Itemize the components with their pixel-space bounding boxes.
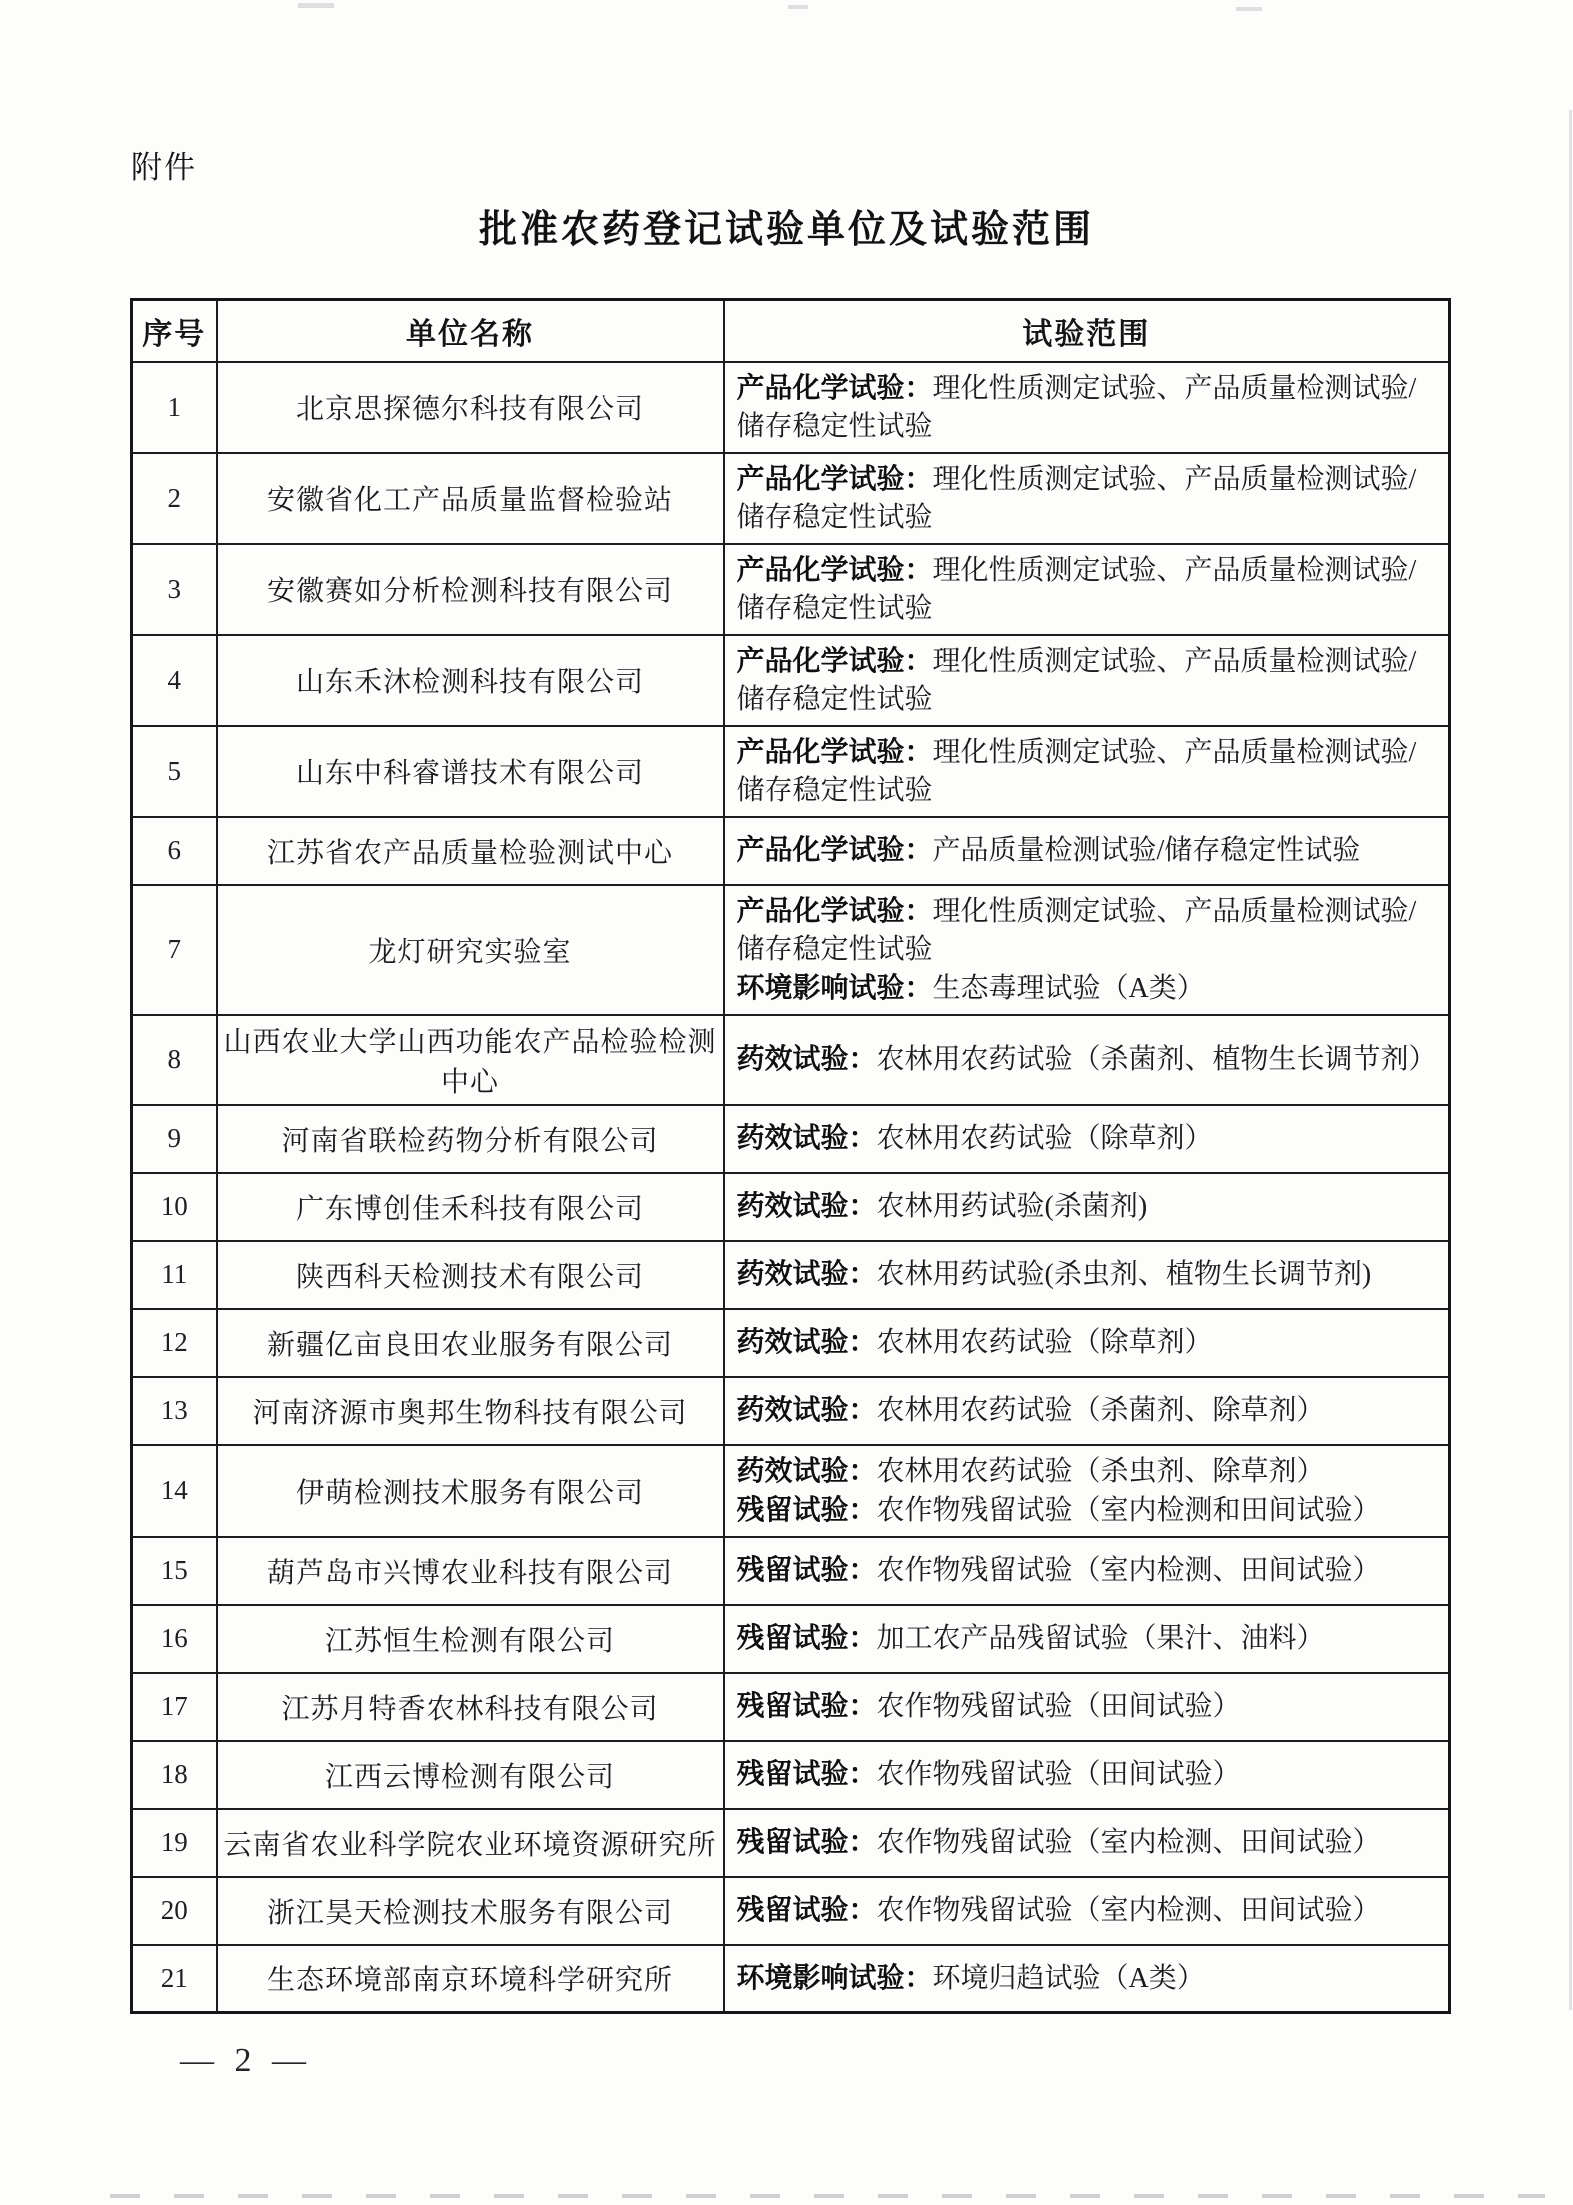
scope-type-label: 残留试验：	[737, 1758, 877, 1789]
scope-type-label: 产品化学试验：	[737, 736, 933, 767]
table-row: 10广东博创佳禾科技有限公司药效试验：农林用药试验(杀菌剂)	[132, 1173, 1450, 1241]
scope-segment: 残留试验：农作物残留试验（田间试验）	[737, 1755, 1439, 1794]
unit-name: 江苏月特香农林科技有限公司	[217, 1673, 724, 1741]
table-row: 13河南济源市奥邦生物科技有限公司药效试验：农林用农药试验（杀菌剂、除草剂）	[132, 1377, 1450, 1445]
unit-name: 江苏省农产品质量检验测试中心	[217, 817, 724, 885]
table-row: 4山东禾沐检测科技有限公司产品化学试验：理化性质测定试验、产品质量检测试验/储存…	[132, 635, 1450, 726]
scope-cell: 残留试验：农作物残留试验（室内检测、田间试验）	[724, 1537, 1450, 1605]
unit-name: 江苏恒生检测有限公司	[217, 1605, 724, 1673]
row-index: 14	[132, 1445, 217, 1537]
scope-type-label: 产品化学试验：	[737, 554, 933, 585]
table-row: 6江苏省农产品质量检验测试中心产品化学试验：产品质量检测试验/储存稳定性试验	[132, 817, 1450, 885]
scope-type-label: 产品化学试验：	[737, 895, 933, 926]
scope-segment: 药效试验：农林用农药试验（杀菌剂、除草剂）	[737, 1391, 1439, 1430]
scope-cell: 残留试验：农作物残留试验（室内检测、田间试验）	[724, 1877, 1450, 1945]
unit-name: 广东博创佳禾科技有限公司	[217, 1173, 724, 1241]
scope-type-label: 产品化学试验：	[737, 372, 933, 403]
table-row: 8山西农业大学山西功能农产品检验检测中心药效试验：农林用农药试验（杀菌剂、植物生…	[132, 1015, 1450, 1105]
row-index: 9	[132, 1105, 217, 1173]
scope-type-label: 环境影响试验：	[737, 972, 933, 1003]
table-row: 3安徽赛如分析检测科技有限公司产品化学试验：理化性质测定试验、产品质量检测试验/…	[132, 544, 1450, 635]
row-index: 2	[132, 453, 217, 544]
row-index: 20	[132, 1877, 217, 1945]
scope-segment: 残留试验：农作物残留试验（室内检测、田间试验）	[737, 1891, 1439, 1930]
table-row: 2安徽省化工产品质量监督检验站产品化学试验：理化性质测定试验、产品质量检测试验/…	[132, 453, 1450, 544]
scope-type-label: 药效试验：	[737, 1122, 877, 1153]
scope-cell: 残留试验：农作物残留试验（室内检测、田间试验）	[724, 1809, 1450, 1877]
row-index: 8	[132, 1015, 217, 1105]
table-header: 序号 单位名称 试验范围	[132, 300, 1450, 362]
row-index: 21	[132, 1945, 217, 2013]
row-index: 17	[132, 1673, 217, 1741]
scope-cell: 产品化学试验：理化性质测定试验、产品质量检测试验/储存稳定性试验	[724, 726, 1450, 817]
scope-type-label: 药效试验：	[737, 1190, 877, 1221]
row-index: 1	[132, 362, 217, 453]
scope-segment: 产品化学试验：产品质量检测试验/储存稳定性试验	[737, 831, 1439, 870]
row-index: 4	[132, 635, 217, 726]
scope-cell: 产品化学试验：理化性质测定试验、产品质量检测试验/储存稳定性试验	[724, 453, 1450, 544]
table-row: 1北京思探德尔科技有限公司产品化学试验：理化性质测定试验、产品质量检测试验/储存…	[132, 362, 1450, 453]
scope-type-label: 产品化学试验：	[737, 834, 933, 865]
unit-name: 山西农业大学山西功能农产品检验检测中心	[217, 1015, 724, 1105]
row-index: 10	[132, 1173, 217, 1241]
scope-segment: 药效试验：农林用药试验(杀虫剂、植物生长调节剂)	[737, 1255, 1439, 1294]
scope-segment: 环境影响试验：环境归趋试验（A类）	[737, 1959, 1439, 1998]
scope-type-label: 药效试验：	[737, 1455, 877, 1486]
unit-name: 河南济源市奥邦生物科技有限公司	[217, 1377, 724, 1445]
scope-type-label: 药效试验：	[737, 1258, 877, 1289]
attachment-label: 附件	[131, 142, 197, 187]
table-row: 19云南省农业科学院农业环境资源研究所残留试验：农作物残留试验（室内检测、田间试…	[132, 1809, 1450, 1877]
scope-cell: 药效试验：农林用农药试验（除草剂）	[724, 1309, 1450, 1377]
unit-name: 伊萌检测技术服务有限公司	[217, 1445, 724, 1537]
scope-segment: 药效试验：农林用农药试验（除草剂）	[737, 1119, 1439, 1158]
scope-segment: 产品化学试验：理化性质测定试验、产品质量检测试验/储存稳定性试验	[737, 369, 1439, 446]
table-row: 18江西云博检测有限公司残留试验：农作物残留试验（田间试验）	[132, 1741, 1450, 1809]
unit-name: 北京思探德尔科技有限公司	[217, 362, 724, 453]
unit-name: 安徽省化工产品质量监督检验站	[217, 453, 724, 544]
scope-type-label: 药效试验：	[737, 1326, 877, 1357]
scope-segment: 产品化学试验：理化性质测定试验、产品质量检测试验/储存稳定性试验	[737, 460, 1439, 537]
unit-name: 山东中科睿谱技术有限公司	[217, 726, 724, 817]
header-row: 序号 单位名称 试验范围	[132, 300, 1450, 362]
scope-segment: 药效试验：农林用药试验(杀菌剂)	[737, 1187, 1439, 1226]
row-index: 5	[132, 726, 217, 817]
scan-edge-shadow	[1569, 110, 1572, 2010]
scope-segment: 产品化学试验：理化性质测定试验、产品质量检测试验/储存稳定性试验	[737, 733, 1439, 810]
scope-cell: 药效试验：农林用农药试验（杀菌剂、除草剂）	[724, 1377, 1450, 1445]
row-index: 16	[132, 1605, 217, 1673]
scope-cell: 产品化学试验：理化性质测定试验、产品质量检测试验/储存稳定性试验	[724, 635, 1450, 726]
scope-type-label: 残留试验：	[737, 1494, 877, 1525]
scope-cell: 药效试验：农林用农药试验（杀菌剂、植物生长调节剂）	[724, 1015, 1450, 1105]
table-row: 7龙灯研究实验室产品化学试验：理化性质测定试验、产品质量检测试验/储存稳定性试验…	[132, 885, 1450, 1015]
scan-artifact	[1236, 7, 1262, 11]
scope-cell: 药效试验：农林用药试验(杀虫剂、植物生长调节剂)	[724, 1241, 1450, 1309]
table-row: 15葫芦岛市兴博农业科技有限公司残留试验：农作物残留试验（室内检测、田间试验）	[132, 1537, 1450, 1605]
scope-segment: 产品化学试验：理化性质测定试验、产品质量检测试验/储存稳定性试验	[737, 551, 1439, 628]
scope-segment: 残留试验：农作物残留试验（室内检测、田间试验）	[737, 1551, 1439, 1590]
scope-type-label: 残留试验：	[737, 1622, 877, 1653]
scope-cell: 药效试验：农林用农药试验（除草剂）	[724, 1105, 1450, 1173]
scope-cell: 产品化学试验：理化性质测定试验、产品质量检测试验/储存稳定性试验	[724, 362, 1450, 453]
scope-segment: 残留试验：农作物残留试验（室内检测、田间试验）	[737, 1823, 1439, 1862]
unit-name: 云南省农业科学院农业环境资源研究所	[217, 1809, 724, 1877]
unit-name: 新疆亿亩良田农业服务有限公司	[217, 1309, 724, 1377]
scope-cell: 残留试验：加工农产品残留试验（果汁、油料）	[724, 1605, 1450, 1673]
scope-type-label: 残留试验：	[737, 1554, 877, 1585]
page-title: 批准农药登记试验单位及试验范围	[0, 198, 1573, 253]
scope-type-label: 残留试验：	[737, 1826, 877, 1857]
table-body: 1北京思探德尔科技有限公司产品化学试验：理化性质测定试验、产品质量检测试验/储存…	[132, 362, 1450, 2013]
table-row: 20浙江昊天检测技术服务有限公司残留试验：农作物残留试验（室内检测、田间试验）	[132, 1877, 1450, 1945]
scope-segment: 药效试验：农林用农药试验（杀菌剂、植物生长调节剂）	[737, 1040, 1439, 1079]
row-index: 18	[132, 1741, 217, 1809]
row-index: 7	[132, 885, 217, 1015]
unit-name: 安徽赛如分析检测科技有限公司	[217, 544, 724, 635]
scope-cell: 环境影响试验：环境归趋试验（A类）	[724, 1945, 1450, 2013]
scope-cell: 药效试验：农林用药试验(杀菌剂)	[724, 1173, 1450, 1241]
scope-type-label: 药效试验：	[737, 1394, 877, 1425]
scope-segment: 产品化学试验：理化性质测定试验、产品质量检测试验/储存稳定性试验	[737, 892, 1439, 969]
table-row: 9河南省联检药物分析有限公司药效试验：农林用农药试验（除草剂）	[132, 1105, 1450, 1173]
scope-type-label: 残留试验：	[737, 1894, 877, 1925]
unit-name: 山东禾沐检测科技有限公司	[217, 635, 724, 726]
unit-name: 生态环境部南京环境科学研究所	[217, 1945, 724, 2013]
scope-segment: 环境影响试验：生态毒理试验（A类）	[737, 969, 1439, 1008]
unit-name: 浙江昊天检测技术服务有限公司	[217, 1877, 724, 1945]
row-index: 13	[132, 1377, 217, 1445]
scope-type-label: 药效试验：	[737, 1043, 877, 1074]
scope-segment: 残留试验：农作物残留试验（田间试验）	[737, 1687, 1439, 1726]
scope-cell: 产品化学试验：理化性质测定试验、产品质量检测试验/储存稳定性试验环境影响试验：生…	[724, 885, 1450, 1015]
table-row: 11陕西科天检测技术有限公司药效试验：农林用药试验(杀虫剂、植物生长调节剂)	[132, 1241, 1450, 1309]
page-number: — 2 —	[180, 2042, 312, 2080]
header-unit-name: 单位名称	[217, 300, 724, 362]
scope-segment: 药效试验：农林用农药试验（除草剂）	[737, 1323, 1439, 1362]
scope-cell: 产品化学试验：产品质量检测试验/储存稳定性试验	[724, 817, 1450, 885]
scope-cell: 残留试验：农作物残留试验（田间试验）	[724, 1673, 1450, 1741]
scope-cell: 残留试验：农作物残留试验（田间试验）	[724, 1741, 1450, 1809]
scope-type-label: 残留试验：	[737, 1690, 877, 1721]
row-index: 11	[132, 1241, 217, 1309]
scope-cell: 药效试验：农林用农药试验（杀虫剂、除草剂）残留试验：农作物残留试验（室内检测和田…	[724, 1445, 1450, 1537]
unit-name: 河南省联检药物分析有限公司	[217, 1105, 724, 1173]
scope-segment: 药效试验：农林用农药试验（杀虫剂、除草剂）	[737, 1452, 1439, 1491]
unit-name: 江西云博检测有限公司	[217, 1741, 724, 1809]
table-row: 16江苏恒生检测有限公司残留试验：加工农产品残留试验（果汁、油料）	[132, 1605, 1450, 1673]
unit-name: 葫芦岛市兴博农业科技有限公司	[217, 1537, 724, 1605]
table-row: 14伊萌检测技术服务有限公司药效试验：农林用农药试验（杀虫剂、除草剂）残留试验：…	[132, 1445, 1450, 1537]
table-row: 21生态环境部南京环境科学研究所环境影响试验：环境归趋试验（A类）	[132, 1945, 1450, 2013]
scope-type-label: 环境影响试验：	[737, 1962, 933, 1993]
scan-artifact	[788, 5, 808, 9]
row-index: 3	[132, 544, 217, 635]
header-scope: 试验范围	[724, 300, 1450, 362]
row-index: 19	[132, 1809, 217, 1877]
scope-segment: 产品化学试验：理化性质测定试验、产品质量检测试验/储存稳定性试验	[737, 642, 1439, 719]
scope-cell: 产品化学试验：理化性质测定试验、产品质量检测试验/储存稳定性试验	[724, 544, 1450, 635]
row-index: 12	[132, 1309, 217, 1377]
document-page: 附件 批准农药登记试验单位及试验范围 序号 单位名称 试验范围 1北京思探德尔科…	[0, 0, 1573, 2205]
table-row: 12新疆亿亩良田农业服务有限公司药效试验：农林用农药试验（除草剂）	[132, 1309, 1450, 1377]
scope-type-label: 产品化学试验：	[737, 645, 933, 676]
scan-artifact	[298, 3, 334, 8]
header-index: 序号	[132, 300, 217, 362]
scan-artifact-bottom	[110, 2194, 1545, 2198]
table-row: 17江苏月特香农林科技有限公司残留试验：农作物残留试验（田间试验）	[132, 1673, 1450, 1741]
row-index: 6	[132, 817, 217, 885]
scope-segment: 残留试验：农作物残留试验（室内检测和田间试验）	[737, 1491, 1439, 1530]
scope-segment: 残留试验：加工农产品残留试验（果汁、油料）	[737, 1619, 1439, 1658]
unit-name: 龙灯研究实验室	[217, 885, 724, 1015]
row-index: 15	[132, 1537, 217, 1605]
unit-name: 陕西科天检测技术有限公司	[217, 1241, 724, 1309]
table-row: 5山东中科睿谱技术有限公司产品化学试验：理化性质测定试验、产品质量检测试验/储存…	[132, 726, 1450, 817]
scope-type-label: 产品化学试验：	[737, 463, 933, 494]
approval-table: 序号 单位名称 试验范围 1北京思探德尔科技有限公司产品化学试验：理化性质测定试…	[130, 298, 1451, 2014]
